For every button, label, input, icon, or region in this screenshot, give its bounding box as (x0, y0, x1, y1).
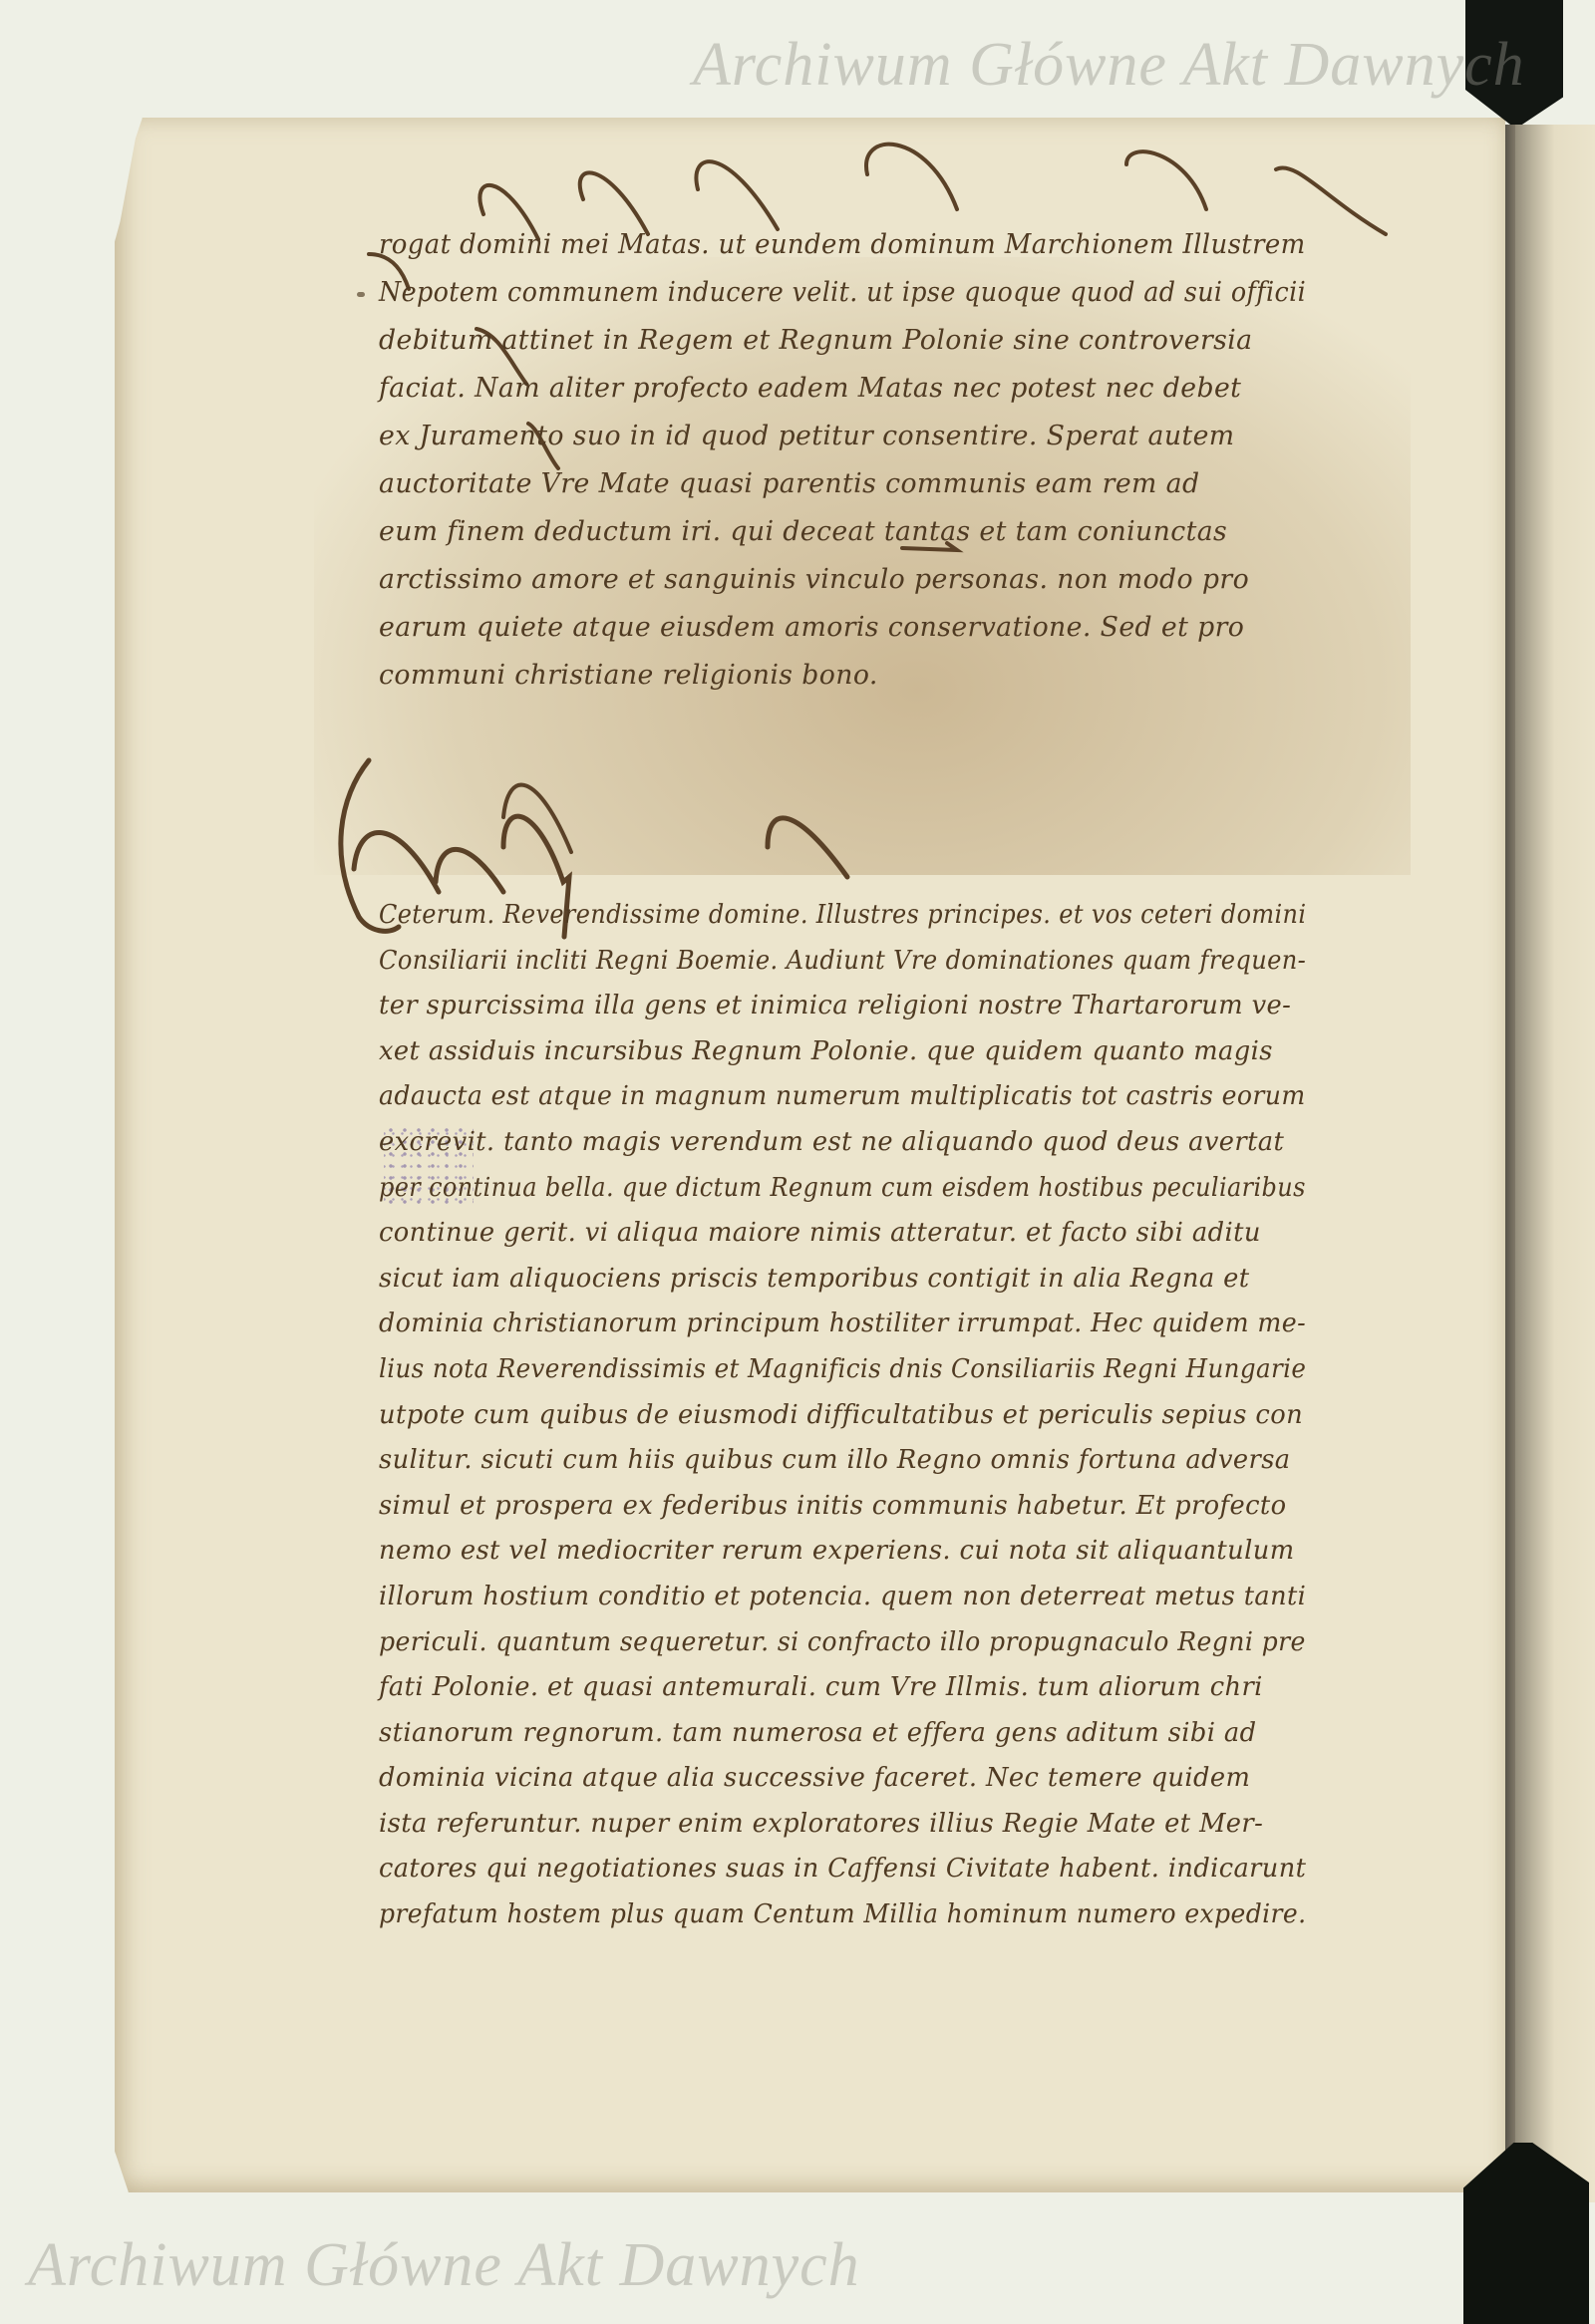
manuscript-line: arctissimo amore et sanguinis vinculo pe… (379, 556, 1306, 604)
ink-blot (357, 292, 365, 297)
adjacent-page-edge (1505, 125, 1595, 2202)
manuscript-line: communi christiane religionis bono. (379, 652, 1306, 700)
manuscript-line: per continua bella. que dictum Regnum cu… (379, 1166, 1243, 1212)
manuscript-line: Consiliarii incliti Regni Boemie. Audiun… (379, 939, 1248, 985)
manuscript-line: ista referuntur. nuper enim exploratores… (379, 1802, 1306, 1848)
manuscript-line: ex Juramento suo in id quod petitur cons… (379, 413, 1306, 460)
manuscript-line: catores qui negotiationes suas in Caffen… (379, 1847, 1303, 1892)
manuscript-line: periculi. quantum sequeretur. si confrac… (379, 1620, 1285, 1666)
manuscript-line: eum finem deductum iri. qui deceat tanta… (379, 508, 1306, 556)
manuscript-line: lius nota Reverendissimis et Magnificis … (379, 1347, 1264, 1393)
manuscript-line: utpote cum quibus de eiusmodi difficulta… (379, 1393, 1306, 1439)
text-block-1: rogat domini mei Matas. ut eundem dominu… (379, 221, 1316, 700)
text-block-2: Ceterum. Reverendissime domine. Illustre… (379, 893, 1316, 1938)
manuscript-line: earum quiete atque eiusdem amoris conser… (379, 604, 1306, 652)
manuscript-line: adaucta est atque in magnum numerum mult… (379, 1074, 1286, 1120)
manuscript-line: simul et prospera ex federibus initis co… (379, 1484, 1306, 1530)
manuscript-line: sulitur. sicuti cum hiis quibus cum illo… (379, 1438, 1306, 1484)
manuscript-line: Ceterum. Reverendissime domine. Illustre… (379, 893, 1242, 939)
manuscript-line: dominia christianorum principum hostilit… (379, 1302, 1290, 1347)
archive-watermark-top: Archiwum Główne Akt Dawnych (693, 30, 1525, 101)
manuscript-line: stianorum regnorum. tam numerosa et effe… (379, 1711, 1306, 1757)
manuscript-line: excrevit. tanto magis verendum est ne al… (379, 1120, 1306, 1166)
manuscript-line: faciat. Nam aliter profecto eadem Matas … (379, 365, 1306, 413)
manuscript-line: ter spurcissima illa gens et inimica rel… (379, 984, 1306, 1029)
manuscript-line: sicut iam aliquociens priscis temporibus… (379, 1257, 1306, 1303)
manuscript-line: nemo est vel mediocriter rerum experiens… (379, 1529, 1306, 1575)
manuscript-line: fati Polonie. et quasi antemurali. cum V… (379, 1665, 1306, 1711)
manuscript-line: rogat domini mei Matas. ut eundem dominu… (379, 221, 1279, 269)
manuscript-line: prefatum hostem plus quam Centum Millia … (379, 1892, 1282, 1938)
manuscript-line: illorum hostium conditio et potencia. qu… (379, 1575, 1302, 1620)
archive-watermark-bottom: Archiwum Główne Akt Dawnych (28, 2230, 860, 2301)
manuscript-line: Nepotem communem inducere velit. ut ipse… (379, 269, 1259, 317)
manuscript-line: debitum attinet in Regem et Regnum Polon… (379, 317, 1306, 365)
manuscript-line: dominia vicina atque alia successive fac… (379, 1756, 1306, 1802)
manuscript-line: auctoritate Vre Mate quasi parentis comm… (379, 460, 1306, 508)
manuscript-line: xet assiduis incursibus Regnum Polonie. … (379, 1029, 1306, 1075)
manuscript-line: continue gerit. vi aliqua maiore nimis a… (379, 1211, 1306, 1257)
